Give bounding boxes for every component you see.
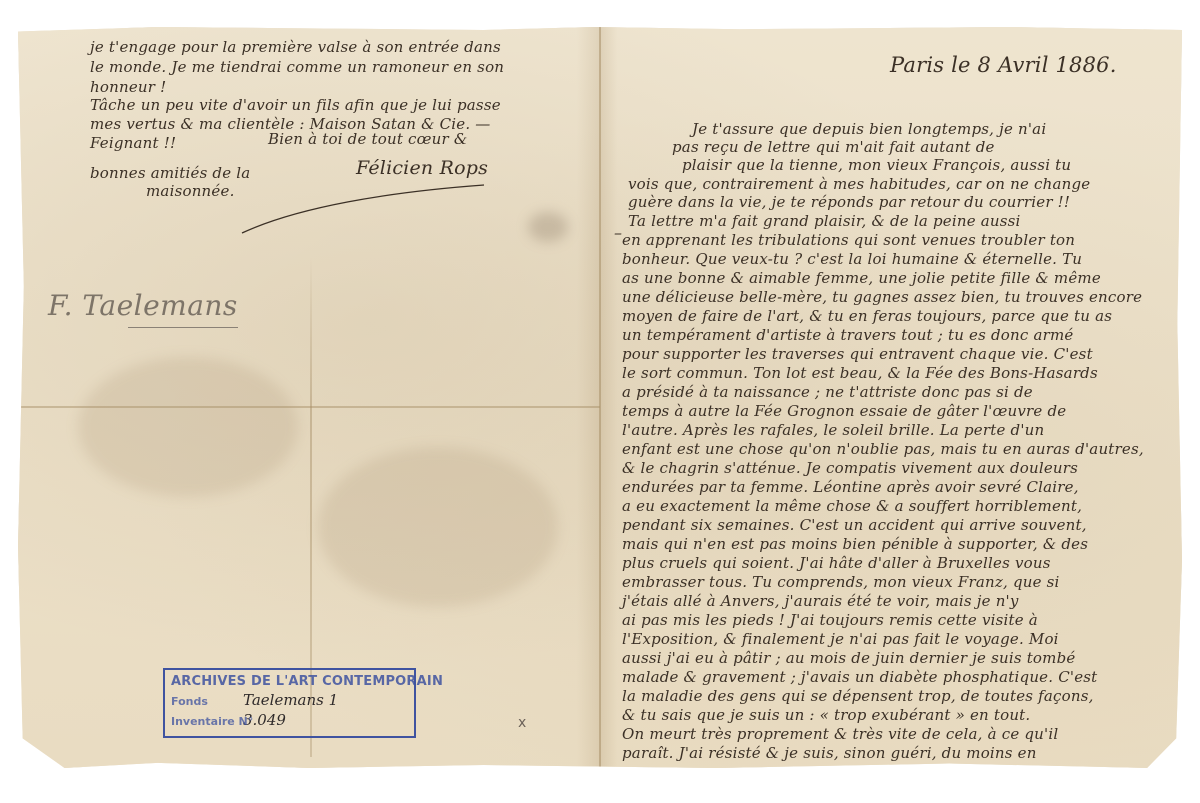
postscript-line: Bien à toi de tout cœur & [268, 129, 467, 149]
body-line: moyen de faire de l'art, & tu en feras t… [622, 306, 1112, 326]
stamp-title: ARCHIVES DE L'ART CONTEMPORAIN [171, 674, 408, 689]
paper-stain [318, 447, 558, 607]
body-line: pendant six semaines. C'est un accident … [622, 515, 1087, 535]
body-line: embrasser tous. Tu comprends, mon vieux … [622, 572, 1060, 592]
stamp-inventaire-label: Inventaire N° [171, 715, 243, 728]
body-line: paraît. J'ai résisté & je suis, sinon gu… [622, 743, 1037, 763]
body-line: l'autre. Après les rafales, le soleil br… [622, 420, 1044, 440]
body-line: endurées par ta femme. Léontine après av… [622, 477, 1079, 497]
body-line: & tu sais que je suis un : « trop exubér… [622, 705, 1030, 725]
body-line: pas reçu de lettre qui m'ait fait autant… [672, 137, 995, 157]
postscript-line: honneur ! [90, 77, 166, 97]
body-line: mais qui n'en est pas moins bien pénible… [622, 534, 1088, 554]
archive-name-underline [128, 327, 238, 328]
paper-stain [78, 357, 298, 497]
stamp-fonds-label: Fonds [171, 695, 243, 708]
body-line: en apprenant les tribulations qui sont v… [622, 230, 1075, 250]
body-line: vois que, contrairement à mes habitudes,… [628, 174, 1090, 194]
body-line: j'étais allé à Anvers, j'aurais été te v… [622, 591, 1019, 611]
body-line: plus cruels qui soient. J'ai hâte d'alle… [622, 553, 1051, 573]
stray-pencil-mark: x [518, 715, 526, 731]
postscript-line: le monde. Je me tiendrai comme un ramone… [90, 57, 504, 77]
ink-smudge [528, 212, 568, 242]
body-line: une délicieuse belle-mère, tu gagnes ass… [622, 287, 1142, 307]
letter-sheet: je t'engage pour la première valse à son… [18, 27, 1182, 768]
body-line: malade & gravement ; j'avais un diabète … [622, 667, 1097, 687]
body-line: l'Exposition, & finalement je n'ai pas f… [622, 629, 1059, 649]
body-line: plaisir que la tienne, mon vieux Françoi… [682, 155, 1071, 175]
body-line: & le chagrin s'atténue. Je compatis vive… [622, 458, 1078, 478]
body-line: Ta lettre m'a fait grand plaisir, & de l… [628, 211, 1021, 231]
archive-stamp: ARCHIVES DE L'ART CONTEMPORAIN Fonds Tae… [163, 668, 416, 738]
postscript-line: je t'engage pour la première valse à son… [90, 37, 501, 57]
body-line: ai pas mis les pieds ! J'ai toujours rem… [622, 610, 1038, 630]
stamp-inventaire-row: Inventaire N° 3.049 [171, 711, 408, 729]
left-page: je t'engage pour la première valse à son… [18, 27, 600, 768]
margin-dash: – [614, 223, 622, 242]
signature-flourish-icon [238, 167, 488, 237]
body-line: as une bonne & aimable femme, une jolie … [622, 268, 1101, 288]
stamp-fonds-row: Fonds Taelemans 1 [171, 691, 408, 709]
closing-line-2: maisonnée. [146, 181, 235, 201]
stamp-fonds-value: Taelemans 1 [243, 691, 338, 709]
dateline: Paris le 8 Avril 1886. [890, 53, 1117, 77]
body-line: Je t'assure que depuis bien longtemps, j… [692, 119, 1046, 139]
body-line: bonheur. Que veux-tu ? c'est la loi huma… [622, 249, 1082, 269]
closing-line-1: bonnes amitiés de la [90, 163, 250, 183]
body-line: la maladie des gens qui se dépensent tro… [622, 686, 1094, 706]
body-line: le sort commun. Ton lot est beau, & la F… [622, 363, 1098, 383]
body-line: un tempérament d'artiste à travers tout … [622, 325, 1073, 345]
body-line: guère dans la vie, je te réponds par ret… [628, 192, 1070, 212]
body-line: pour supporter les traverses qui entrave… [622, 344, 1093, 364]
body-line: a présidé à ta naissance ; ne t'attriste… [622, 382, 1033, 402]
body-line: aussi j'ai eu à pâtir ; au mois de juin … [622, 648, 1075, 668]
body-line: temps à autre la Fée Grognon essaie de g… [622, 401, 1066, 421]
horizontal-fold [18, 406, 600, 408]
archive-pencil-name: F. Taelemans [48, 289, 238, 322]
body-line: a eu exactement la même chose & a souffe… [622, 496, 1082, 516]
postscript-line: Tâche un peu vite d'avoir un fils afin q… [90, 95, 501, 115]
right-page: Paris le 8 Avril 1886. – Je t'assure que… [600, 27, 1182, 768]
postscript-line: Feignant !! [90, 133, 176, 153]
body-line: On meurt très proprement & très vite de … [622, 724, 1058, 744]
body-line: enfant est une chose qu'on n'oublie pas,… [622, 439, 1144, 459]
